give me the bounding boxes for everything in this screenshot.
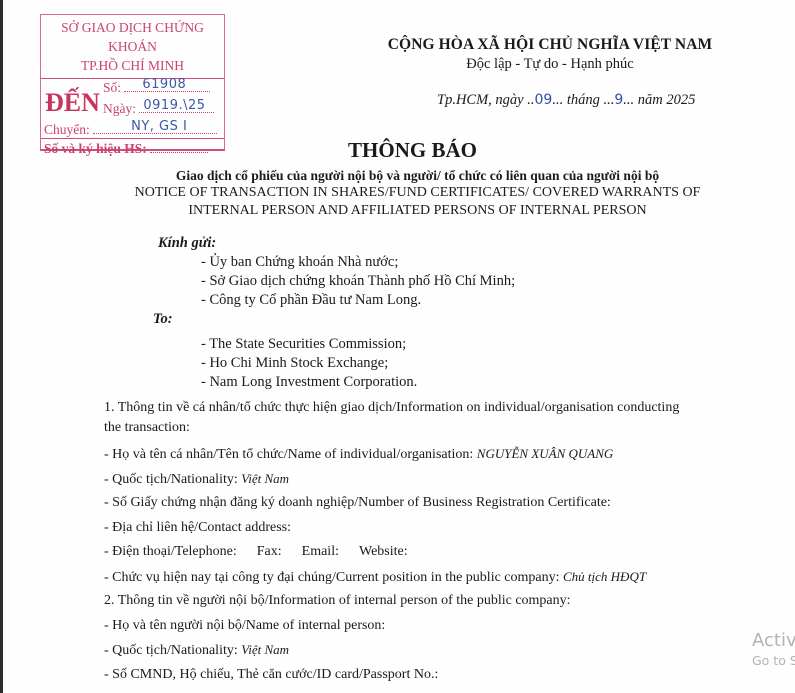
recipients-vi-label: Kính gửi: — [158, 234, 515, 253]
field-email-label: Email: — [302, 544, 339, 559]
date-day: 09 — [534, 92, 552, 108]
field-fax-label: Fax: — [257, 544, 282, 559]
field-nationality-value: Việt Nam — [241, 471, 289, 486]
field-position-label: - Chức vụ hiện nay tại công ty đại chúng… — [104, 570, 563, 585]
recipients: Kính gửi: - Ủy ban Chứng khoán Nhà nước;… — [158, 234, 515, 392]
field-internal-nationality: - Quốc tịch/Nationality: Việt Nam — [104, 638, 704, 663]
document-subtitle-vi: Giao dịch cổ phiếu của người nội bộ và n… — [40, 168, 795, 184]
field-name-value: NGUYỄN XUÂN QUANG — [477, 446, 614, 461]
field-contact: - Điện thoại/Telephone:Fax:Email:Website… — [104, 540, 704, 565]
date-suffix: ... năm 2025 — [623, 92, 695, 108]
field-internal-nationality-label: - Quốc tịch/Nationality: — [104, 643, 241, 658]
field-position: - Chức vụ hiện nay tại công ty đại chúng… — [104, 565, 704, 590]
document-body: 1. Thông tin về cá nhân/tổ chức thực hiệ… — [104, 398, 704, 687]
field-address: - Địa chỉ liên hệ/Contact address: — [104, 516, 704, 541]
date-mid: ... tháng ... — [552, 92, 614, 108]
field-phone-label: - Điện thoại/Telephone: — [104, 544, 237, 559]
stamp-ngay-value: 0919.\25 — [143, 98, 205, 113]
stamp-so-row: Số: 61908 — [103, 79, 210, 96]
date-prefix: Tp.HCM, ngày .. — [437, 92, 534, 108]
stamp-org-line1: SỞ GIAO DỊCH CHỨNG KHOÁN — [41, 18, 224, 56]
nation-motto: Độc lập - Tự do - Hạnh phúc — [385, 56, 715, 73]
national-header: CỘNG HÒA XÃ HỘI CHỦ NGHĨA VIỆT NAM Độc l… — [385, 36, 715, 73]
field-nationality-label: - Quốc tịch/Nationality: — [104, 472, 241, 487]
stamp-org: SỞ GIAO DỊCH CHỨNG KHOÁN TP.HỒ CHÍ MINH — [41, 15, 224, 75]
field-name-label: - Họ và tên cá nhân/Tên tổ chức/Name of … — [104, 447, 477, 462]
received-stamp: SỞ GIAO DỊCH CHỨNG KHOÁN TP.HỒ CHÍ MINH … — [40, 14, 225, 151]
document-subtitle-en-1: NOTICE OF TRANSACTION IN SHARES/FUND CER… — [40, 184, 795, 202]
field-nationality: - Quốc tịch/Nationality: Việt Nam — [104, 467, 704, 492]
stamp-org-line2: TP.HỒ CHÍ MINH — [41, 56, 224, 75]
field-internal-nationality-value: Việt Nam — [241, 642, 289, 657]
stamp-so-value: 61908 — [142, 77, 186, 92]
document-title: THÔNG BÁO — [30, 138, 795, 163]
recipient-item: - Công ty Cổ phần Đầu tư Nam Long. — [158, 291, 515, 310]
section1-heading-line2: the transaction: — [104, 420, 190, 435]
document-title-block: THÔNG BÁO Giao dịch cổ phiếu của người n… — [0, 138, 795, 220]
field-internal-name: - Họ và tên người nội bộ/Name of interna… — [104, 614, 704, 639]
section1-heading: 1. Thông tin về cá nhân/tổ chức thực hiệ… — [104, 398, 704, 438]
field-website-label: Website: — [359, 544, 408, 559]
stamp-ngay-label: Ngày: — [103, 101, 136, 116]
date-month: 9 — [614, 92, 623, 108]
recipient-item: - Ho Chi Minh Stock Exchange; — [158, 354, 515, 373]
recipient-item: - Nam Long Investment Corporation. — [158, 373, 515, 392]
recipient-item: - The State Securities Commission; — [158, 335, 515, 354]
watermark-line2: Go to S — [752, 653, 795, 668]
field-brc: - Số Giấy chứng nhận đăng ký doanh nghiệ… — [104, 491, 704, 516]
stamp-ngay-row: Ngày: 0919.\25 — [103, 100, 214, 117]
section2-heading: 2. Thông tin về người nội bộ/Information… — [104, 589, 704, 614]
stamp-chuyen-row: Chuyển: NY, GS I — [44, 121, 217, 138]
stamp-so-label: Số: — [103, 80, 121, 95]
recipient-item: - Sở Giao dịch chứng khoán Thành phố Hồ … — [158, 272, 515, 291]
activate-windows-watermark: Activ Go to S — [752, 630, 795, 668]
document-subtitle-en-2: INTERNAL PERSON AND AFFILIATED PERSONS O… — [40, 202, 795, 220]
field-name: - Họ và tên cá nhân/Tên tổ chức/Name of … — [104, 442, 704, 467]
recipient-item: - Ủy ban Chứng khoán Nhà nước; — [158, 253, 515, 272]
nation-title: CỘNG HÒA XÃ HỘI CHỦ NGHĨA VIỆT NAM — [385, 36, 715, 54]
date-line: Tp.HCM, ngày ..09... tháng ...9... năm 2… — [437, 92, 695, 109]
stamp-chuyen-value: NY, GS I — [131, 119, 187, 134]
field-position-value: Chủ tịch HĐQT — [563, 569, 646, 584]
watermark-line1: Activ — [752, 630, 795, 651]
section1-heading-line1: 1. Thông tin về cá nhân/tổ chức thực hiệ… — [104, 400, 679, 415]
field-id-card: - Số CMND, Hộ chiếu, Thẻ căn cước/ID car… — [104, 663, 704, 688]
recipients-en-label: To: — [153, 310, 515, 329]
stamp-den-label: ĐẾN — [45, 88, 100, 118]
stamp-chuyen-label: Chuyển: — [44, 122, 90, 137]
